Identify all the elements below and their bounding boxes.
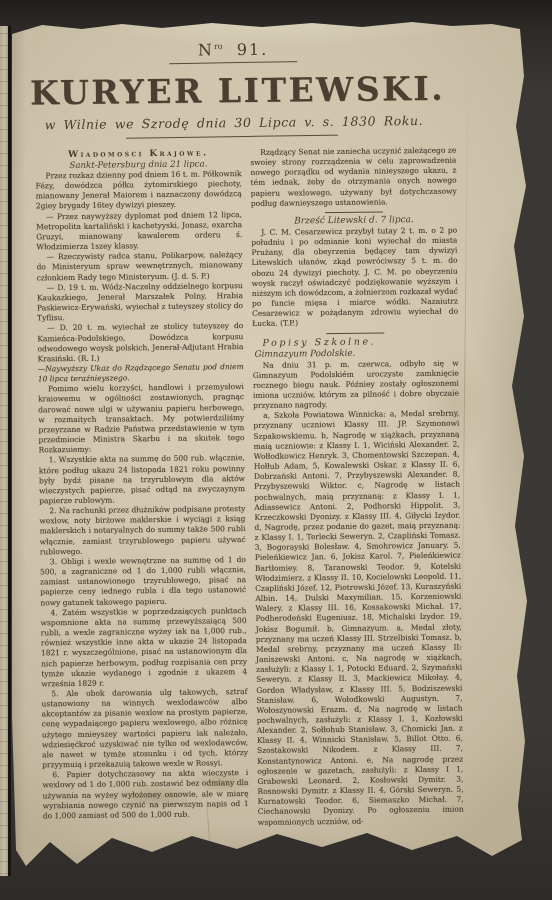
article-paragraph: —Naywyższy Ukaz do Rządzącego Senatu pod… xyxy=(38,362,244,385)
newspaper-title: KURYER LITEWSKI. xyxy=(26,69,448,113)
publication-dateline: w Wilnie we Szrodę dnia 30 Lipca v. s. 1… xyxy=(23,113,445,133)
left-column-paragraphs: Przez rozkaz dzienny pod dniem 16 t. m. … xyxy=(35,169,248,821)
issue-underline xyxy=(169,61,297,64)
article-paragraph: Na dniu 31 p. m. czerwca, odbyło się w G… xyxy=(253,358,460,411)
left-column: Wiadomości Krajowe. Sankt-Petersburg dni… xyxy=(35,148,249,830)
popisy-paragraphs: Na dniu 31 p. m. czerwca, odbyło się w G… xyxy=(253,358,464,827)
article-paragraph: — Rzeczywisty radca stanu, Polikarpow, n… xyxy=(36,250,242,283)
adjacent-page-text-fragments xyxy=(0,26,8,876)
article-paragraph: — D. 20 t. m. wyiechał ze stolicy tuteys… xyxy=(37,321,243,364)
article-paragraph: Pomimo wielu korzyści, handlowi i przemy… xyxy=(38,382,245,455)
printed-area: Nro 91. KURYER LITEWSKI. w Wilnie we Szr… xyxy=(34,38,465,830)
newspaper-page: Nro 91. KURYER LITEWSKI. w Wilnie we Szr… xyxy=(12,16,534,872)
article-paragraph: 6. Papier dotychczasowy na akta wieczyst… xyxy=(42,768,249,821)
article-paragraph: — Przez naywyższy dyplomat pod dniem 12 … xyxy=(36,210,242,253)
section-heading-popisy-szkolne: Popisy Szkolne. xyxy=(262,335,458,348)
article-paragraph: — D. 19 t. m. Wódz-Naczelny oddzielnego … xyxy=(37,281,243,324)
article-paragraph: 5. Ale obok darowania ulg takowych, sztr… xyxy=(41,687,248,771)
adjacent-page-edge xyxy=(0,26,11,876)
right-column: Rządzący Senat nie zaniecha uczynić zale… xyxy=(250,146,464,828)
issue-superscript: ro xyxy=(214,42,223,51)
issue-value: 91. xyxy=(237,40,269,59)
dateline-underline xyxy=(126,135,338,139)
article-paragraph: 2. Na rachunki przez dłużników podpisane… xyxy=(39,504,246,557)
section-divider xyxy=(326,332,384,334)
article-columns: Wiadomości Krajowe. Sankt-Petersburg dni… xyxy=(35,146,465,830)
article-paragraph: a, Szkoła Powiatowa Winnicka: a, Medal s… xyxy=(253,409,464,828)
article-paragraph: 4. Zatém wszystkie w poprzedzaiących pun… xyxy=(40,606,247,690)
brzesc-paragraphs: J. C. M. Cesarzewicz przybył tutay 2 t. … xyxy=(251,226,458,330)
issue-number: Nro 91. xyxy=(22,38,444,62)
article-paragraph: 3. Obligi i wexle wewnętrzne na summę od… xyxy=(40,555,247,608)
article-paragraph: Rządzący Senat nie zaniecha uczynić zale… xyxy=(250,146,457,209)
article-paragraph: J. C. M. Cesarzewicz przybył tutay 2 t. … xyxy=(251,226,458,330)
ukaz-continuation-paragraphs: Rządzący Senat nie zaniecha uczynić zale… xyxy=(250,146,457,209)
issue-prefix: N xyxy=(198,40,214,59)
article-paragraph: 1. Wszystkie akta na summę do 500 rub. w… xyxy=(39,453,246,506)
section-divider xyxy=(325,211,383,213)
article-paragraph: Przez rozkaz dzienny pod dniem 16 t. m. … xyxy=(35,169,241,212)
